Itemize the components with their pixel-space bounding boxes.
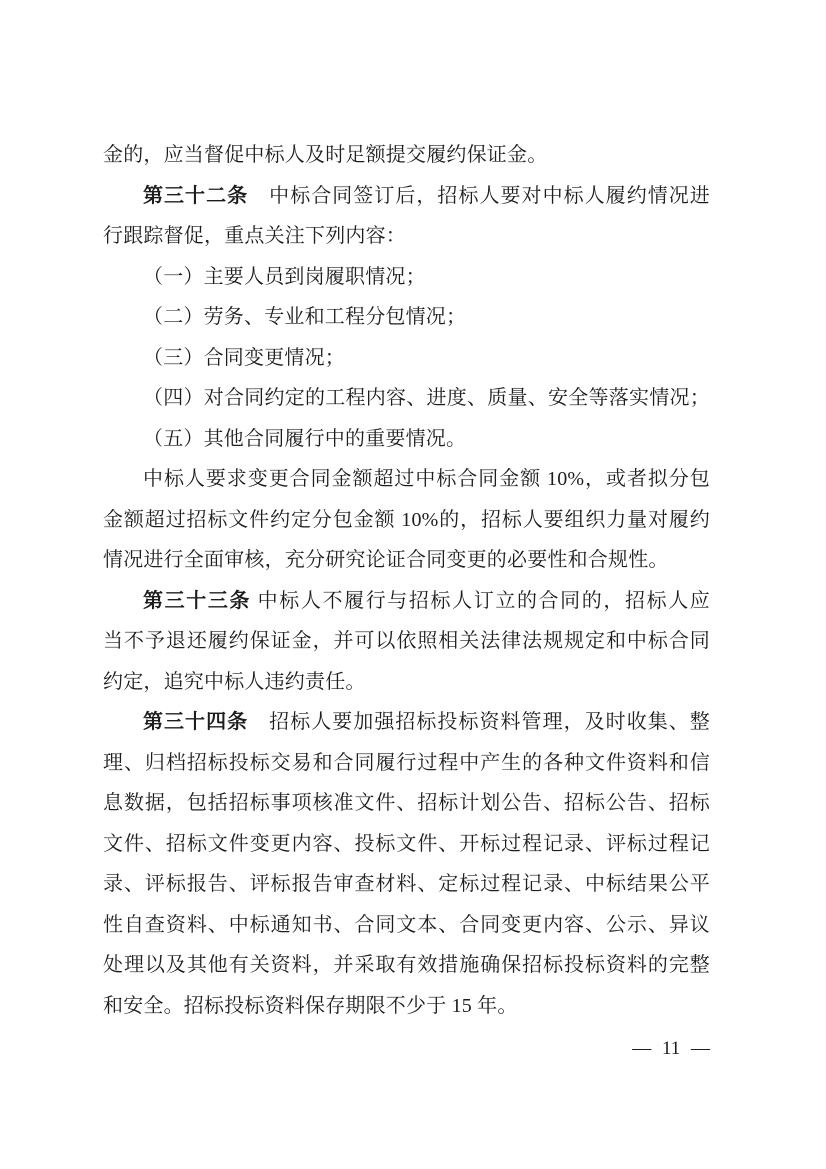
article-33-heading-line: 第三十三条 中标人不履行与招标人订立的合同的，招标人应 xyxy=(103,581,710,622)
text-line: 约定，追究中标人违约责任。 xyxy=(103,662,710,703)
text-line: 情况进行全面审核，充分研究论证合同变更的必要性和合规性。 xyxy=(103,540,710,581)
line-text: 理、归档招标投标交易和合同履行过程中产生的各种文件资料和信 xyxy=(103,752,710,774)
text-line: 和安全。招标投标资料保存期限不少于 15 年。 xyxy=(103,986,710,1027)
line-text: 息数据，包括招标事项核准文件、招标计划公告、招标公告、招标 xyxy=(103,792,710,814)
line-text: （二）劳务、专业和工程分包情况； xyxy=(143,306,466,328)
line-text: 情况进行全面审核，充分研究论证合同变更的必要性和合规性。 xyxy=(103,549,669,571)
text-line: 理、归档招标投标交易和合同履行过程中产生的各种文件资料和信 xyxy=(103,743,710,784)
article-number: 第三十三条 xyxy=(143,590,251,612)
text-line: 息数据，包括招标事项核准文件、招标计划公告、招标公告、招标 xyxy=(103,783,710,824)
line-text: 处理以及其他有关资料，并采取有效措施确保招标投标资料的完整 xyxy=(103,954,710,976)
list-item-4: （四）对合同约定的工程内容、进度、质量、安全等落实情况； xyxy=(103,378,710,419)
article-32-heading-line: 第三十二条 中标合同签订后，招标人要对中标人履约情况进 xyxy=(103,176,710,217)
text-line: 性自查资料、中标通知书、合同文本、合同变更内容、公示、异议 xyxy=(103,905,710,946)
line-text: 金额超过招标文件约定分包金额 10%的，招标人要组织力量对履约 xyxy=(103,509,710,531)
text-line: 当不予退还履约保证金，并可以依照相关法律法规规定和中标合同 xyxy=(103,621,710,662)
text-line: 文件、招标文件变更内容、投标文件、开标过程记录、评标过程记 xyxy=(103,824,710,865)
text-line: 金额超过招标文件约定分包金额 10%的，招标人要组织力量对履约 xyxy=(103,500,710,541)
list-item-2: （二）劳务、专业和工程分包情况； xyxy=(103,297,710,338)
text-line: 处理以及其他有关资料，并采取有效措施确保招标投标资料的完整 xyxy=(103,945,710,986)
line-text: （五）其他合同履行中的重要情况。 xyxy=(143,428,466,450)
line-text: 中标人要求变更合同金额超过中标合同金额 10%，或者拟分包 xyxy=(143,468,710,490)
list-item-5: （五）其他合同履行中的重要情况。 xyxy=(103,419,710,460)
line-text: 当不予退还履约保证金，并可以依照相关法律法规规定和中标合同 xyxy=(103,630,710,652)
line-text: 行跟踪督促，重点关注下列内容： xyxy=(103,225,406,247)
line-text: （四）对合同约定的工程内容、进度、质量、安全等落实情况； xyxy=(143,387,710,409)
line-text: 和安全。招标投标资料保存期限不少于 15 年。 xyxy=(103,995,518,1017)
line-text: 约定，追究中标人违约责任。 xyxy=(103,671,366,693)
line-text: 招标人要加强招标投标资料管理，及时收集、整 xyxy=(248,711,710,733)
line-text: 中标合同签订后，招标人要对中标人履约情况进 xyxy=(248,185,710,207)
line-text: 中标人不履行与招标人订立的合同的，招标人应 xyxy=(251,590,710,612)
article-number: 第三十四条 xyxy=(143,711,248,733)
page-number: — 11 — xyxy=(0,1036,826,1062)
line-text: 金的，应当督促中标人及时足额提交履约保证金。 xyxy=(103,144,547,166)
line-text: 文件、招标文件变更内容、投标文件、开标过程记录、评标过程记 xyxy=(103,833,710,855)
line-text: （三）合同变更情况； xyxy=(143,347,345,369)
line-text: 性自查资料、中标通知书、合同文本、合同变更内容、公示、异议 xyxy=(103,914,710,936)
list-item-1: （一）主要人员到岗履职情况； xyxy=(103,257,710,298)
document-body: 金的，应当督促中标人及时足额提交履约保证金。 第三十二条 中标合同签订后，招标人… xyxy=(0,0,826,1026)
article-34-heading-line: 第三十四条 招标人要加强招标投标资料管理，及时收集、整 xyxy=(103,702,710,743)
text-line: 行跟踪督促，重点关注下列内容： xyxy=(103,216,710,257)
list-item-3: （三）合同变更情况； xyxy=(103,338,710,379)
text-line: 金的，应当督促中标人及时足额提交履约保证金。 xyxy=(103,135,710,176)
article-number: 第三十二条 xyxy=(143,185,248,207)
document-page: { "page": { "number_label": "— 11 —" }, … xyxy=(0,0,826,1169)
line-text: 录、评标报告、评标报告审查材料、定标过程记录、中标结果公平 xyxy=(103,873,710,895)
text-line: 中标人要求变更合同金额超过中标合同金额 10%，或者拟分包 xyxy=(103,459,710,500)
text-line: 录、评标报告、评标报告审查材料、定标过程记录、中标结果公平 xyxy=(103,864,710,905)
line-text: （一）主要人员到岗履职情况； xyxy=(143,266,426,288)
